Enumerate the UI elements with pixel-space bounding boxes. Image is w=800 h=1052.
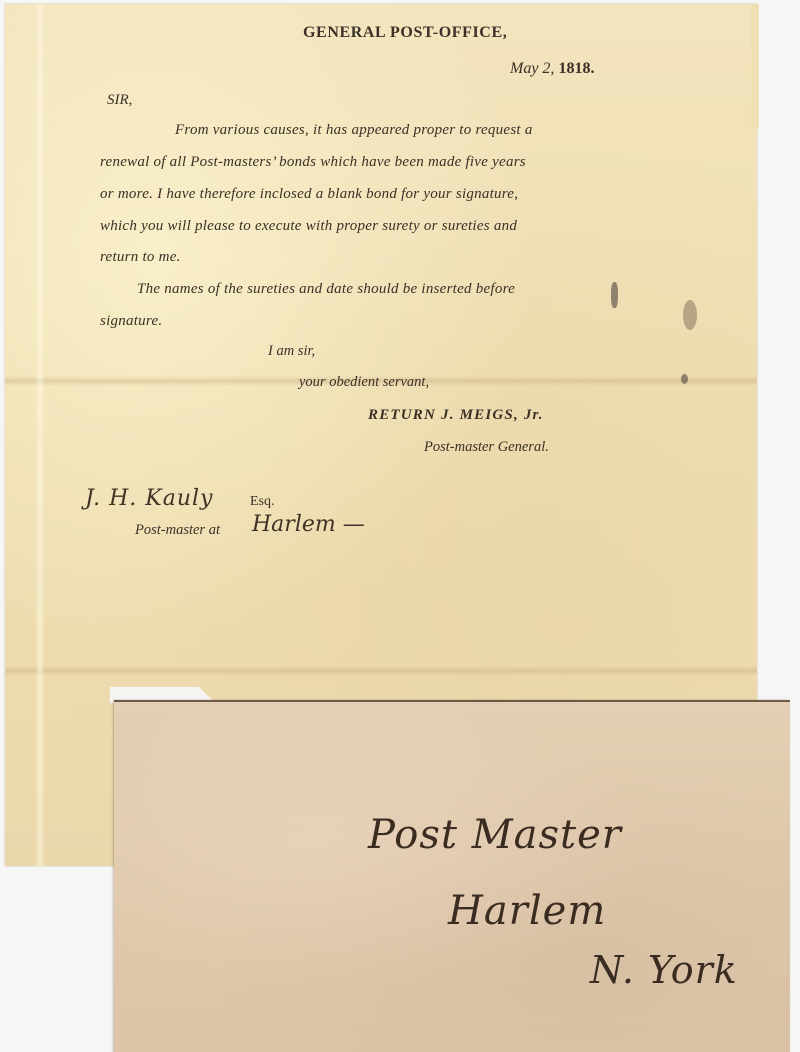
addressee-role: Post-master at	[135, 522, 220, 539]
handwritten-place: Harlem —	[252, 512, 365, 537]
body-line: which you will please to execute with pr…	[100, 218, 517, 235]
body-line: From various causes, it has appeared pro…	[175, 122, 533, 139]
handwritten-addressee-name: J. H. Kauly	[85, 486, 213, 511]
letter-date: May 2, 1818.	[510, 60, 594, 78]
envelope	[114, 700, 790, 1052]
body-line: signature.	[100, 313, 162, 330]
signatory-name: RETURN J. MEIGS, Jr.	[368, 407, 544, 424]
body-line: renewal of all Post-masters’ bonds which…	[100, 154, 526, 171]
closing-line: I am sir,	[268, 343, 315, 360]
closing-line: your obedient servant,	[299, 374, 429, 391]
body-line: or more. I have therefore inclosed a bla…	[100, 186, 518, 203]
envelope-address-line: Harlem	[448, 888, 606, 934]
ink-stain	[681, 374, 688, 384]
letter-heading: GENERAL POST-OFFICE,	[303, 24, 507, 42]
envelope-address-line: N. York	[590, 948, 738, 992]
ink-stain	[611, 282, 618, 308]
fold-crease	[35, 4, 45, 866]
fold-crease	[5, 666, 757, 676]
date-year: 1818.	[558, 60, 594, 77]
addressee-suffix: Esq.	[250, 494, 275, 510]
signatory-title: Post-master General.	[424, 439, 549, 456]
body-line: return to me.	[100, 249, 181, 266]
salutation: SIR,	[107, 92, 132, 109]
envelope-address-line: Post Master	[368, 812, 622, 858]
paper-edge	[751, 4, 759, 129]
body-line: The names of the sureties and date shoul…	[137, 281, 515, 298]
date-month-day: May 2,	[510, 60, 554, 77]
ink-stain	[683, 300, 697, 330]
